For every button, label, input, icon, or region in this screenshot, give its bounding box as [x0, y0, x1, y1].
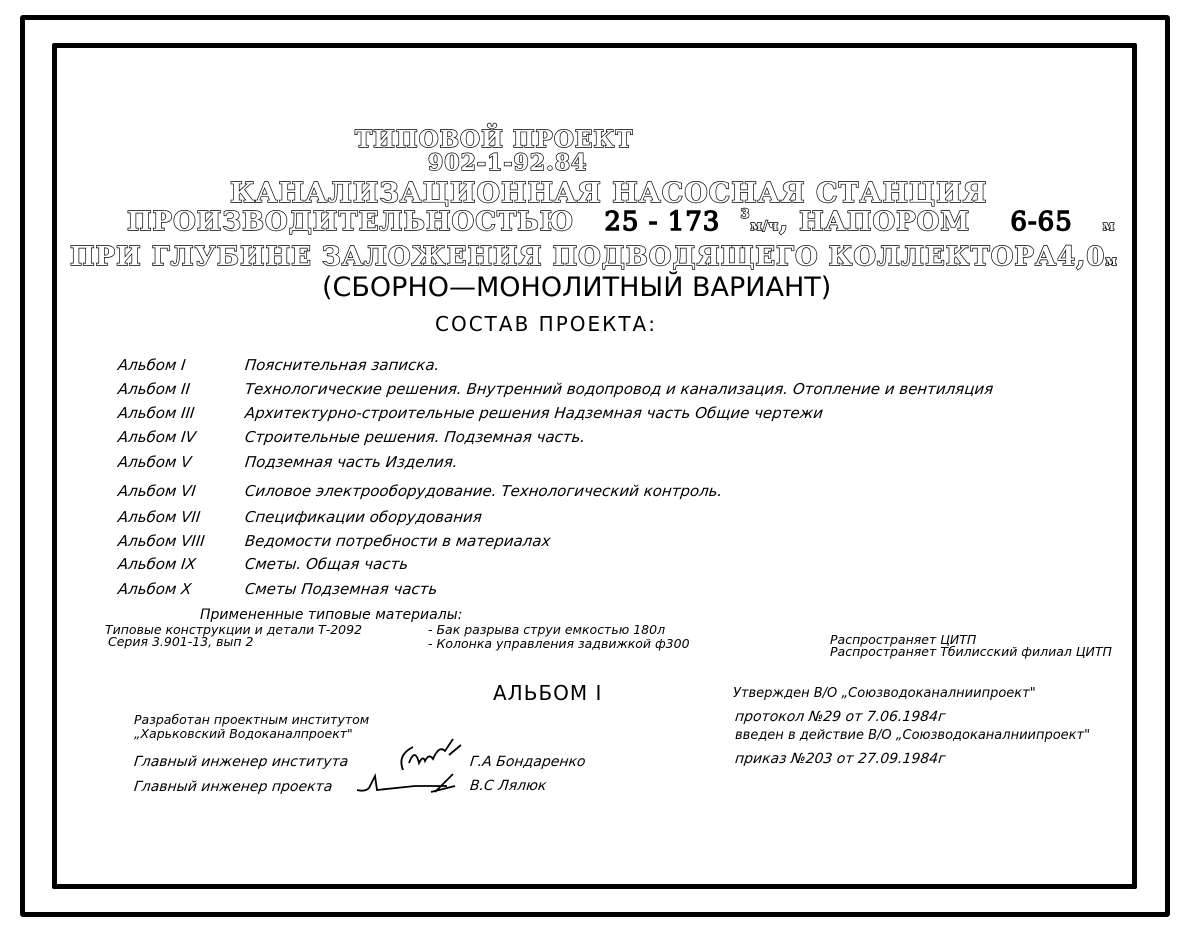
approval-line3: введен в действие В/О „Союзводоканалниип… — [735, 730, 1090, 742]
capacity-unit: 3м/ч — [740, 207, 779, 234]
signature-2-icon — [355, 770, 475, 800]
approval-line1: Утвержден В/О „Союзводоканалниипроект" — [733, 688, 1036, 700]
depth-unit: м — [1105, 254, 1117, 269]
album-description: Строительные решения. Подземная часть. — [244, 428, 586, 446]
album-description: Ведомости потребности в материалах — [244, 532, 551, 550]
materials-heading: Примененные типовые материалы: — [200, 609, 462, 621]
head-value: 6-65 — [1010, 207, 1072, 237]
album-label: Альбом VI — [117, 482, 197, 500]
album-label: Альбом III — [117, 404, 195, 422]
approval-line4: приказ №203 от 27.09.1984г — [734, 751, 946, 767]
album-label: Альбом X — [117, 580, 192, 598]
title-station: КАНАЛИЗАЦИОННАЯ НАСОСНАЯ СТАНЦИЯ — [230, 178, 987, 209]
head-label: , НАПОРОМ — [779, 207, 970, 237]
album-label: Альбом VII — [117, 508, 201, 526]
album-label: Альбом VIII — [117, 532, 206, 550]
materials-row2-right: - Колонка управления задвижкой ф300 — [428, 638, 690, 650]
signatory-1-name: Г.А Бондаренко — [469, 754, 586, 770]
album-number-heading: АЛЬБОМ I — [493, 681, 602, 705]
album-label: Альбом IV — [117, 428, 197, 446]
signatory-1-role: Главный инженер института — [133, 754, 349, 770]
title-typical-project: ТИПОВОЙ ПРОЕКТ — [355, 126, 633, 153]
capacity-value: 25 - 173 — [604, 207, 720, 237]
album-label: Альбом IX — [117, 555, 197, 573]
materials-row2-left: Серия 3.901-13, вып 2 — [108, 636, 253, 648]
album-description: Технологические решения. Внутренний водо… — [244, 380, 994, 398]
title-depth-line: ПРИ ГЛУБИНЕ ЗАЛОЖЕНИЯ ПОДВОДЯЩЕГО КОЛЛЕК… — [70, 242, 1118, 272]
signatory-2-name: В.С Лялюк — [469, 778, 547, 794]
album-label: Альбом II — [117, 380, 191, 398]
developer-line1: Разработан проектным институтом — [134, 714, 369, 726]
depth-value: 4,0 — [1057, 242, 1105, 272]
album-description: Подземная часть Изделия. — [244, 453, 459, 471]
album-description: Пояснительная записка. — [244, 356, 440, 374]
album-description: Сметы. Общая часть — [244, 555, 409, 573]
signatory-2-role: Главный инженер проекта — [133, 779, 333, 795]
distribution-line2: Распространяет Тбилисский филиал ЦИТП — [830, 646, 1112, 658]
album-description: Архитектурно-строительные решения Надзем… — [244, 404, 824, 422]
album-description: Силовое электрооборудование. Технологиче… — [244, 482, 723, 500]
materials-row1-right: - Бак разрыва струи емкостью 180л — [428, 624, 665, 636]
title-capacity-line: ПРОИЗВОДИТЕЛЬНОСТЬЮ 25 - 173 3м/ч, НАПОР… — [127, 207, 1115, 237]
capacity-label: ПРОИЗВОДИТЕЛЬНОСТЬЮ — [127, 207, 574, 237]
developer-line2: „Харьковский Водоканалпроект" — [134, 728, 353, 740]
album-label: Альбом I — [117, 356, 187, 374]
album-description: Сметы Подземная часть — [244, 580, 438, 598]
album-label: Альбом V — [117, 453, 192, 471]
album-description: Спецификации оборудования — [244, 508, 483, 526]
project-number: 902-1-92.84 — [428, 150, 587, 176]
head-unit: м — [1103, 219, 1115, 234]
approval-line2: протокол №29 от 7.06.1984г — [734, 709, 946, 725]
composition-heading: СОСТАВ ПРОЕКТА: — [435, 312, 657, 336]
variant-subtitle: (СБОРНО—МОНОЛИТНЫЙ ВАРИАНТ) — [322, 272, 831, 303]
